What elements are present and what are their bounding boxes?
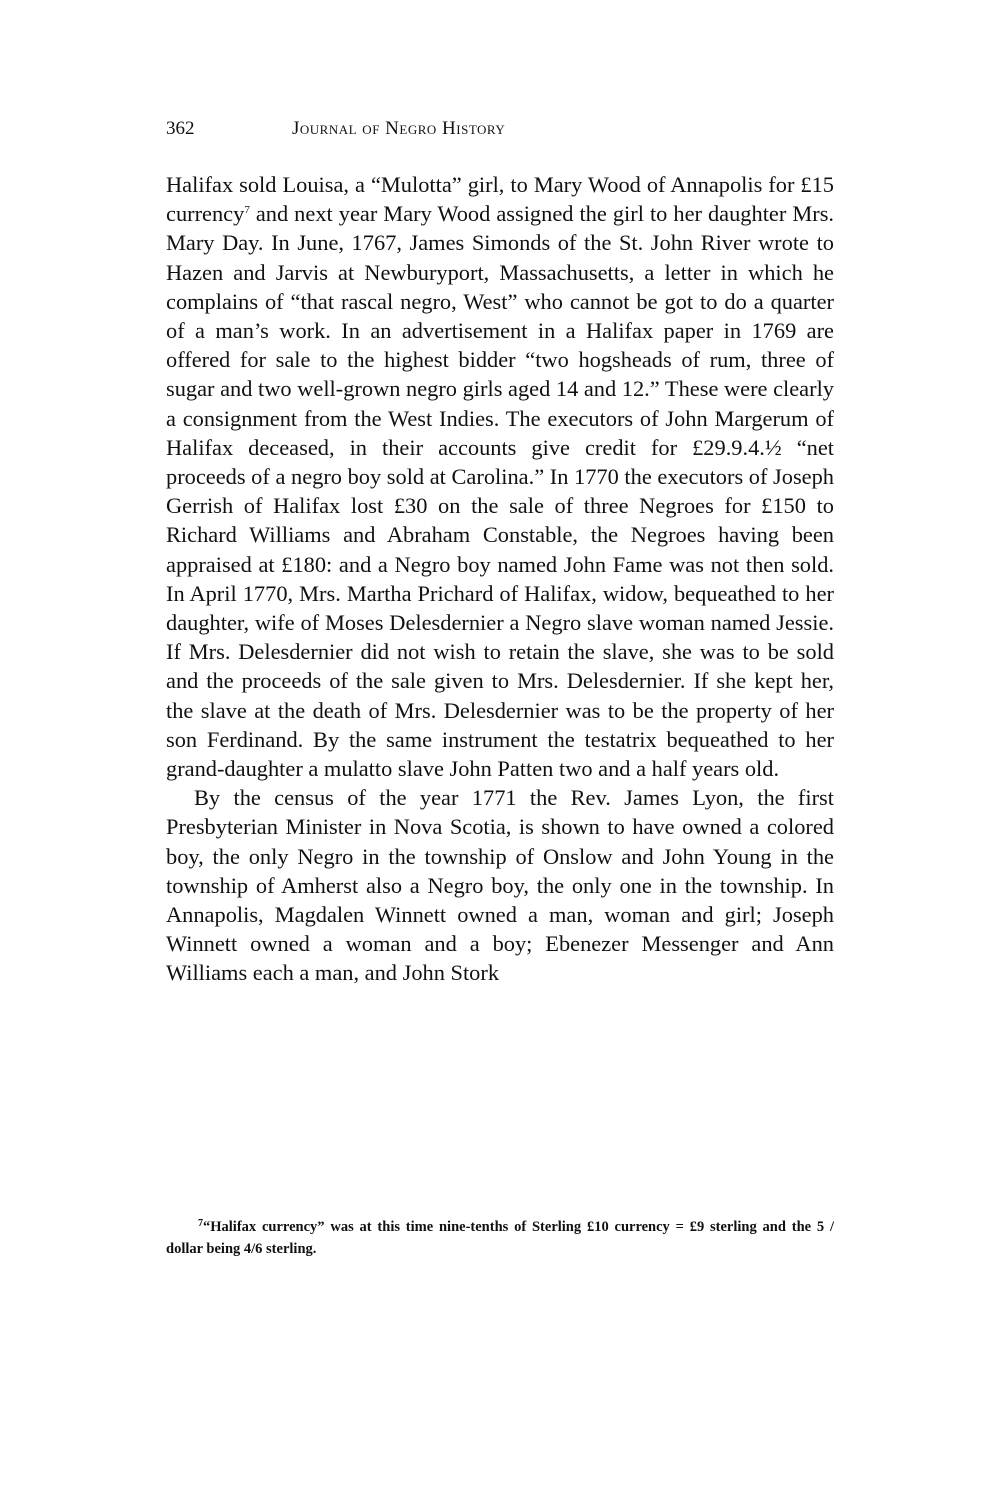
- journal-title: Journal of Negro History: [292, 118, 505, 140]
- paragraph-1: Halifax sold Louisa, a “Mulotta” girl, t…: [166, 170, 834, 783]
- running-head: 362 Journal of Negro History: [166, 118, 834, 148]
- paragraph-1-text-b: and next year Mary Wood assigned the gir…: [166, 201, 834, 781]
- page-number: 362: [166, 118, 195, 140]
- footnote-7: 7“Halifax currency” was at this time nin…: [166, 1216, 834, 1260]
- footnote-text: “Halifax currency” was at this time nine…: [166, 1219, 834, 1257]
- body-text: Halifax sold Louisa, a “Mulotta” girl, t…: [166, 170, 834, 988]
- footnotes: 7“Halifax currency” was at this time nin…: [166, 1216, 834, 1260]
- paragraph-2: By the census of the year 1771 the Rev. …: [166, 783, 834, 987]
